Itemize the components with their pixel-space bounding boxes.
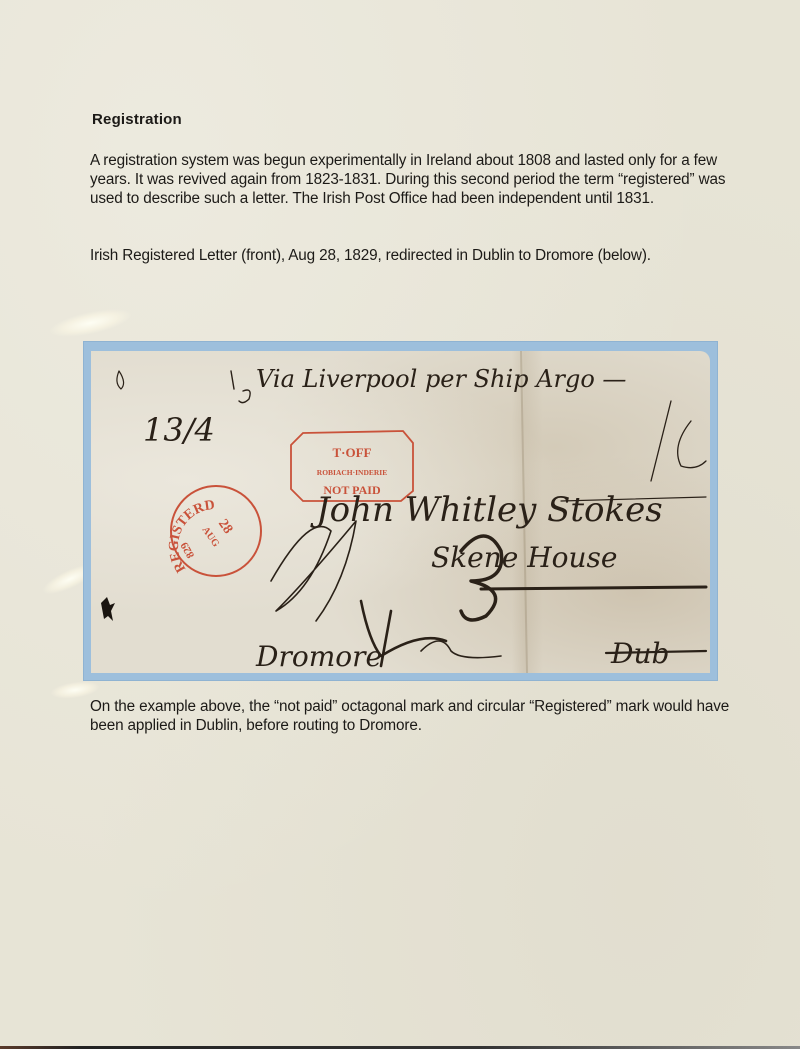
glare-spot [47,303,135,342]
caption-paragraph: On the example above, the “not paid” oct… [90,697,730,735]
svg-text:28: 28 [215,517,235,537]
svg-text:ROBIACH·INDERIE: ROBIACH·INDERIE [317,468,387,477]
rate-marking: 13/4 [143,411,215,449]
letter-description: Irish Registered Letter (front), Aug 28,… [90,246,730,265]
svg-text:13/4: 13/4 [143,411,215,449]
ink-blot [101,597,115,621]
registered-circular-mark: REGISTERD 28 AUG 829 [167,486,261,576]
svg-text:Dromore: Dromore [255,640,382,673]
route-handwriting: Via Liverpool per Ship Argo — [117,365,627,403]
svg-text:T·OFF: T·OFF [333,445,372,460]
intro-paragraph: A registration system was begun experime… [90,151,730,208]
svg-text:John Whitley Stokes: John Whitley Stokes [310,490,663,530]
page-title: Registration [92,111,182,128]
registered-letter-image: Via Liverpool per Ship Argo — 13/4 T·OFF… [91,351,710,673]
address-handwriting: John Whitley Stokes Skene House Dromore … [255,490,706,673]
svg-text:Skene House: Skene House [431,541,617,574]
letter-artwork: Via Liverpool per Ship Argo — 13/4 T·OFF… [91,351,710,673]
svg-text:Via Liverpool per Ship Argo —: Via Liverpool per Ship Argo — [256,365,626,393]
letter-mount-frame: Via Liverpool per Ship Argo — 13/4 T·OFF… [83,341,718,681]
